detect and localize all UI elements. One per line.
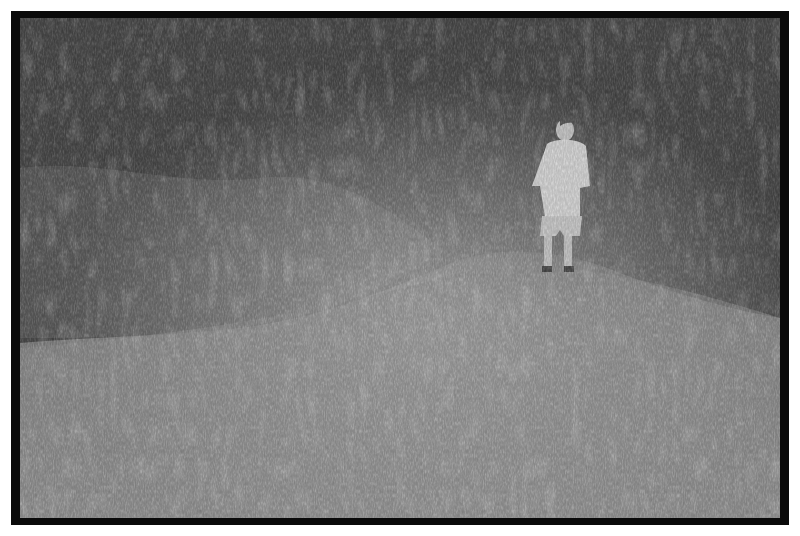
photograph: Black and white film photograph of a per… bbox=[20, 18, 780, 518]
scene bbox=[20, 18, 780, 518]
